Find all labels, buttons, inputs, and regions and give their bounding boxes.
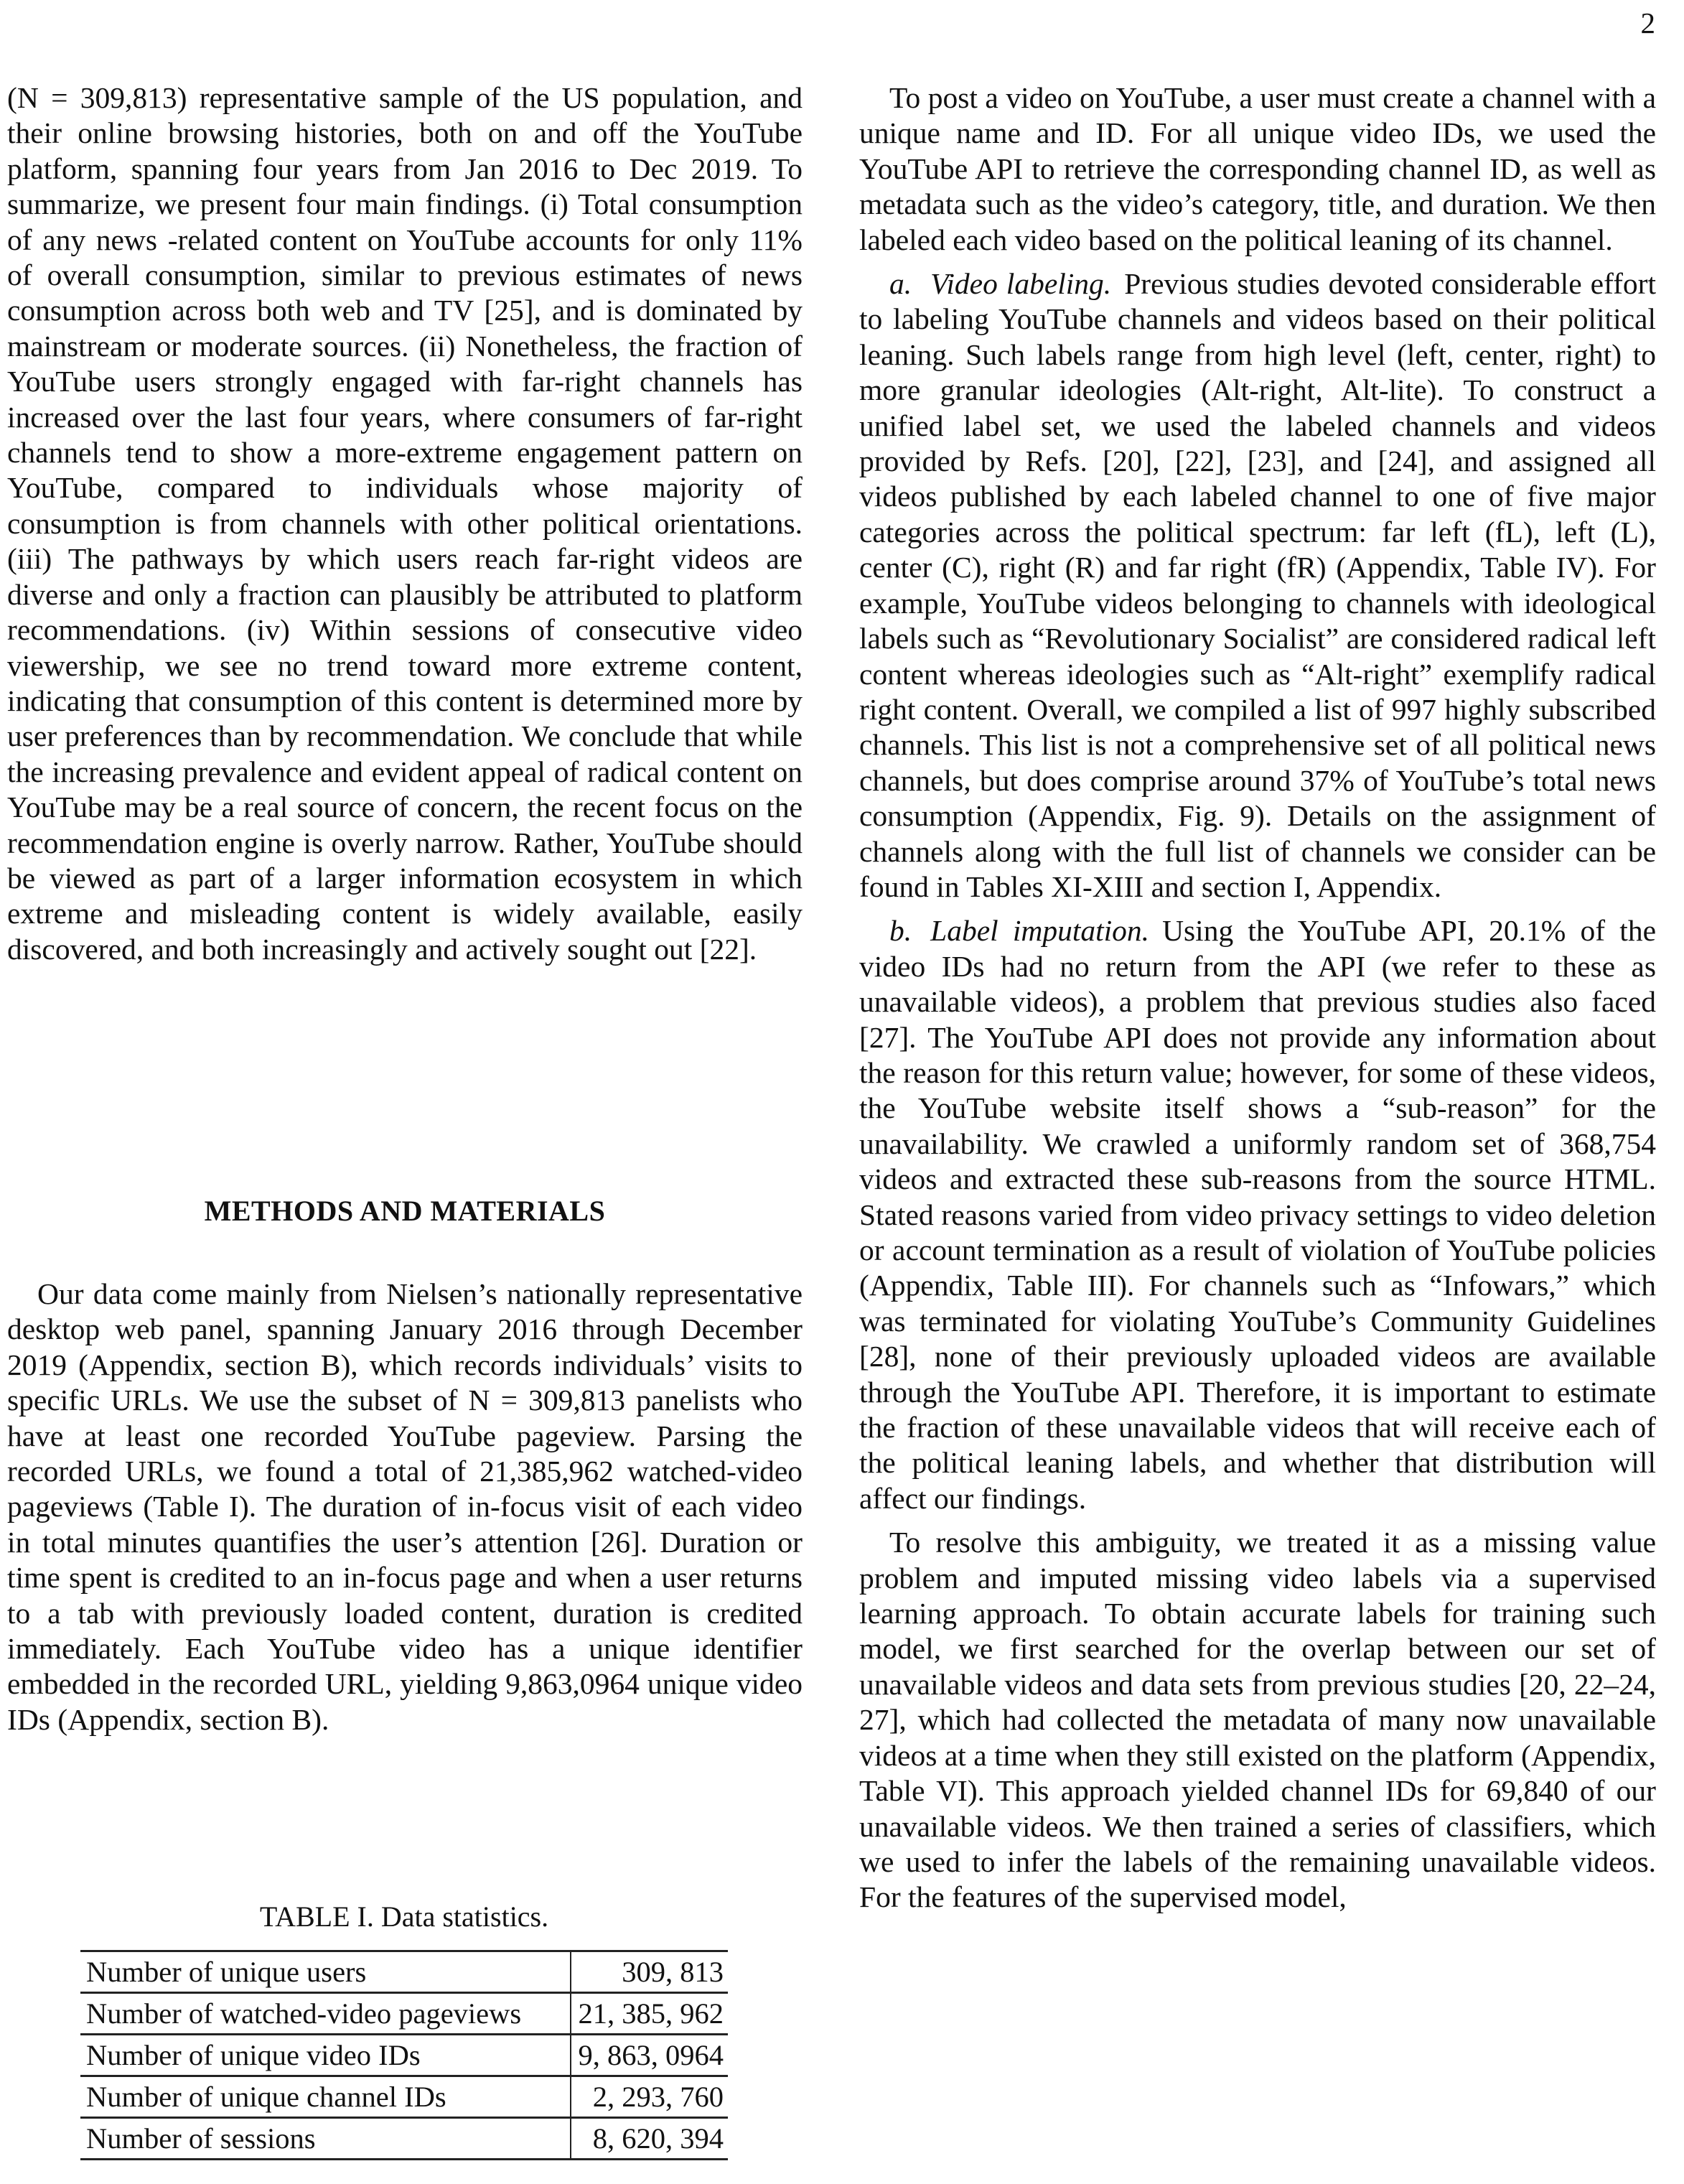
channel-paragraph: To post a video on YouTube, a user must … — [859, 80, 1656, 258]
subsection-title-video-labeling: Video labeling. — [930, 267, 1111, 300]
row-value: 2, 293, 760 — [571, 2076, 728, 2118]
left-column-intro: (N = 309,813) representative sample of t… — [7, 80, 803, 967]
row-label: Number of sessions — [80, 2118, 571, 2160]
subsection-title-label-imputation: Label imputation. — [930, 914, 1149, 947]
table-row: Number of unique video IDs 9, 863, 0964 — [80, 2035, 728, 2076]
resolve-ambiguity-paragraph: To resolve this ambiguity, we treated it… — [859, 1525, 1656, 1915]
data-statistics-table: Number of unique users 309, 813 Number o… — [80, 1950, 728, 2160]
row-label: Number of unique video IDs — [80, 2035, 571, 2076]
row-label: Number of unique channel IDs — [80, 2076, 571, 2118]
row-value: 8, 620, 394 — [571, 2118, 728, 2160]
subsection-marker: b. — [889, 914, 912, 947]
row-value: 309, 813 — [571, 1951, 728, 1993]
table-row: Number of unique channel IDs 2, 293, 760 — [80, 2076, 728, 2118]
video-labeling-text: Previous studies devoted considerable ef… — [859, 267, 1656, 903]
row-label: Number of unique users — [80, 1951, 571, 1993]
row-value: 21, 385, 962 — [571, 1993, 728, 2035]
left-column-methods: Our data come mainly from Nielsen’s nati… — [7, 1277, 803, 1737]
table-row: Number of unique users 309, 813 — [80, 1951, 728, 1993]
page-number: 2 — [1641, 6, 1656, 41]
row-value: 9, 863, 0964 — [571, 2035, 728, 2076]
row-label: Number of watched-video pageviews — [80, 1993, 571, 2035]
right-column: To post a video on YouTube, a user must … — [859, 80, 1656, 1915]
section-heading-methods: METHODS AND MATERIALS — [7, 1193, 803, 1228]
table-row: Number of sessions 8, 620, 394 — [80, 2118, 728, 2160]
label-imputation-text: Using the YouTube API, 20.1% of the vide… — [859, 914, 1656, 1515]
label-imputation-paragraph: b.Label imputation.Using the YouTube API… — [859, 913, 1656, 1516]
table-caption: TABLE I. Data statistics. — [80, 1899, 728, 1934]
methods-paragraph: Our data come mainly from Nielsen’s nati… — [7, 1277, 803, 1737]
table-row: Number of watched-video pageviews 21, 38… — [80, 1993, 728, 2035]
video-labeling-paragraph: a.Video labeling.Previous studies devote… — [859, 266, 1656, 905]
intro-paragraph: (N = 309,813) representative sample of t… — [7, 80, 803, 967]
subsection-marker: a. — [889, 267, 912, 300]
